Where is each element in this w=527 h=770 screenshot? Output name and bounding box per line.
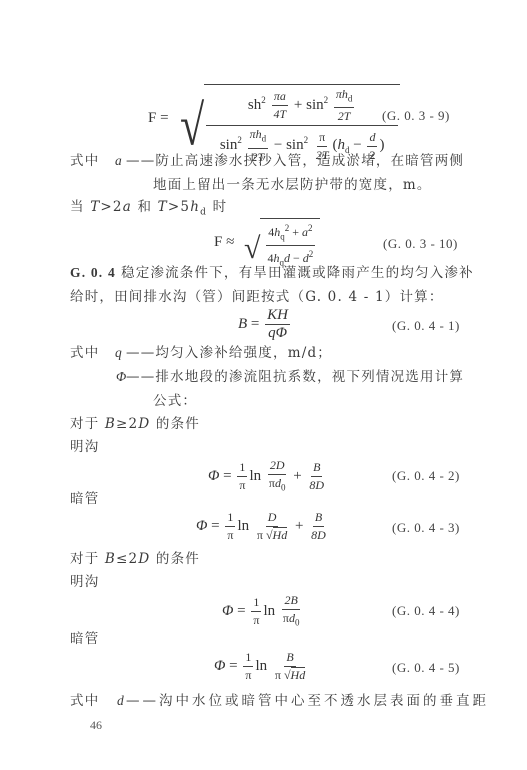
eq-lhs: F = <box>148 110 169 127</box>
condition-text: 当 T>2a 和 T>5hd 时 <box>70 198 227 222</box>
definition-symbol: q <box>115 344 123 362</box>
subheading-open-ditch: 明沟 <box>70 438 99 456</box>
equation-G-0-4-1: B = KH qΦ <box>238 308 292 341</box>
equation-G-0-4-5: Φ = 1πln Bπ √Hd <box>214 650 309 683</box>
definition-symbol: a <box>115 152 123 170</box>
equation-label: (G. 0. 4 - 5) <box>392 660 460 676</box>
sqrt-expression: √ 4hq2 + a2 4hqd − d2 <box>244 218 320 271</box>
eq-lhs: B = <box>238 316 259 332</box>
page-number: 46 <box>90 718 102 733</box>
equation-label: (G. 0. 3 - 10) <box>383 236 458 252</box>
equation-label: (G. 0. 4 - 3) <box>392 520 460 536</box>
equation-G-0-4-4: Φ = 1πln 2Bπd0 <box>222 593 303 630</box>
section-text-cont: 给时，田间排水沟（管）间距按式（G. 0. 4 - 1）计算： <box>70 288 444 306</box>
numerator: sh2 πa4T + sin2 πhd2T <box>206 87 398 126</box>
subheading-covered-pipe: 暗管 <box>70 490 99 508</box>
radical-sign: √ <box>180 60 204 165</box>
equation-G-0-4-2: Φ = 1πln 2Dπd0 + B8D <box>208 458 328 495</box>
equation-G-0-4-3: Φ = 1πln Dπ √Hd + B8D <box>196 510 330 543</box>
definition-text: ——沟中水位或暗管中心至不透水层表面的垂直距 <box>126 692 489 710</box>
radicand: 4hq2 + a2 4hqd − d2 <box>260 218 320 271</box>
definition-prefix: 式中 <box>70 344 99 362</box>
condition-heading: 对于 B≤2D 的条件 <box>70 550 200 568</box>
radical-sign: √ <box>244 218 260 271</box>
eq-lhs: F ≈ <box>214 234 234 251</box>
definition-text: ——防止高速渗水挟沙入管，造成淤堵，在暗管两侧 <box>126 152 464 170</box>
equation-label: (G. 0. 4 - 2) <box>392 468 460 484</box>
definition-text: ——排水地段的渗流阻抗系数，视下列情况选用计算 <box>126 368 464 386</box>
section-number: G. 0. 4 <box>70 264 116 282</box>
fraction: KH qΦ <box>265 308 290 341</box>
definition-text-cont: 地面上留出一条无水层防护带的宽度，m。 <box>153 176 432 194</box>
subheading-covered-pipe: 暗管 <box>70 630 99 648</box>
equation-label: (G. 0. 4 - 4) <box>392 603 460 619</box>
equation-label: (G. 0. 4 - 1) <box>392 318 460 334</box>
equation-label: (G. 0. 3 - 9) <box>382 108 450 124</box>
subheading-open-ditch: 明沟 <box>70 573 99 591</box>
definition-symbol: d <box>117 692 125 710</box>
definition-prefix: 式中 <box>70 692 99 710</box>
definition-text-cont: 公式： <box>153 392 197 410</box>
definition-text: ——均匀入渗补给强度，m/d； <box>126 344 332 362</box>
definition-prefix: 式中 <box>70 152 99 170</box>
section-text: 稳定渗流条件下，有旱田灌溉或降雨产生的均匀入渗补 <box>121 264 474 282</box>
condition-heading: 对于 B≥2D 的条件 <box>70 415 200 433</box>
